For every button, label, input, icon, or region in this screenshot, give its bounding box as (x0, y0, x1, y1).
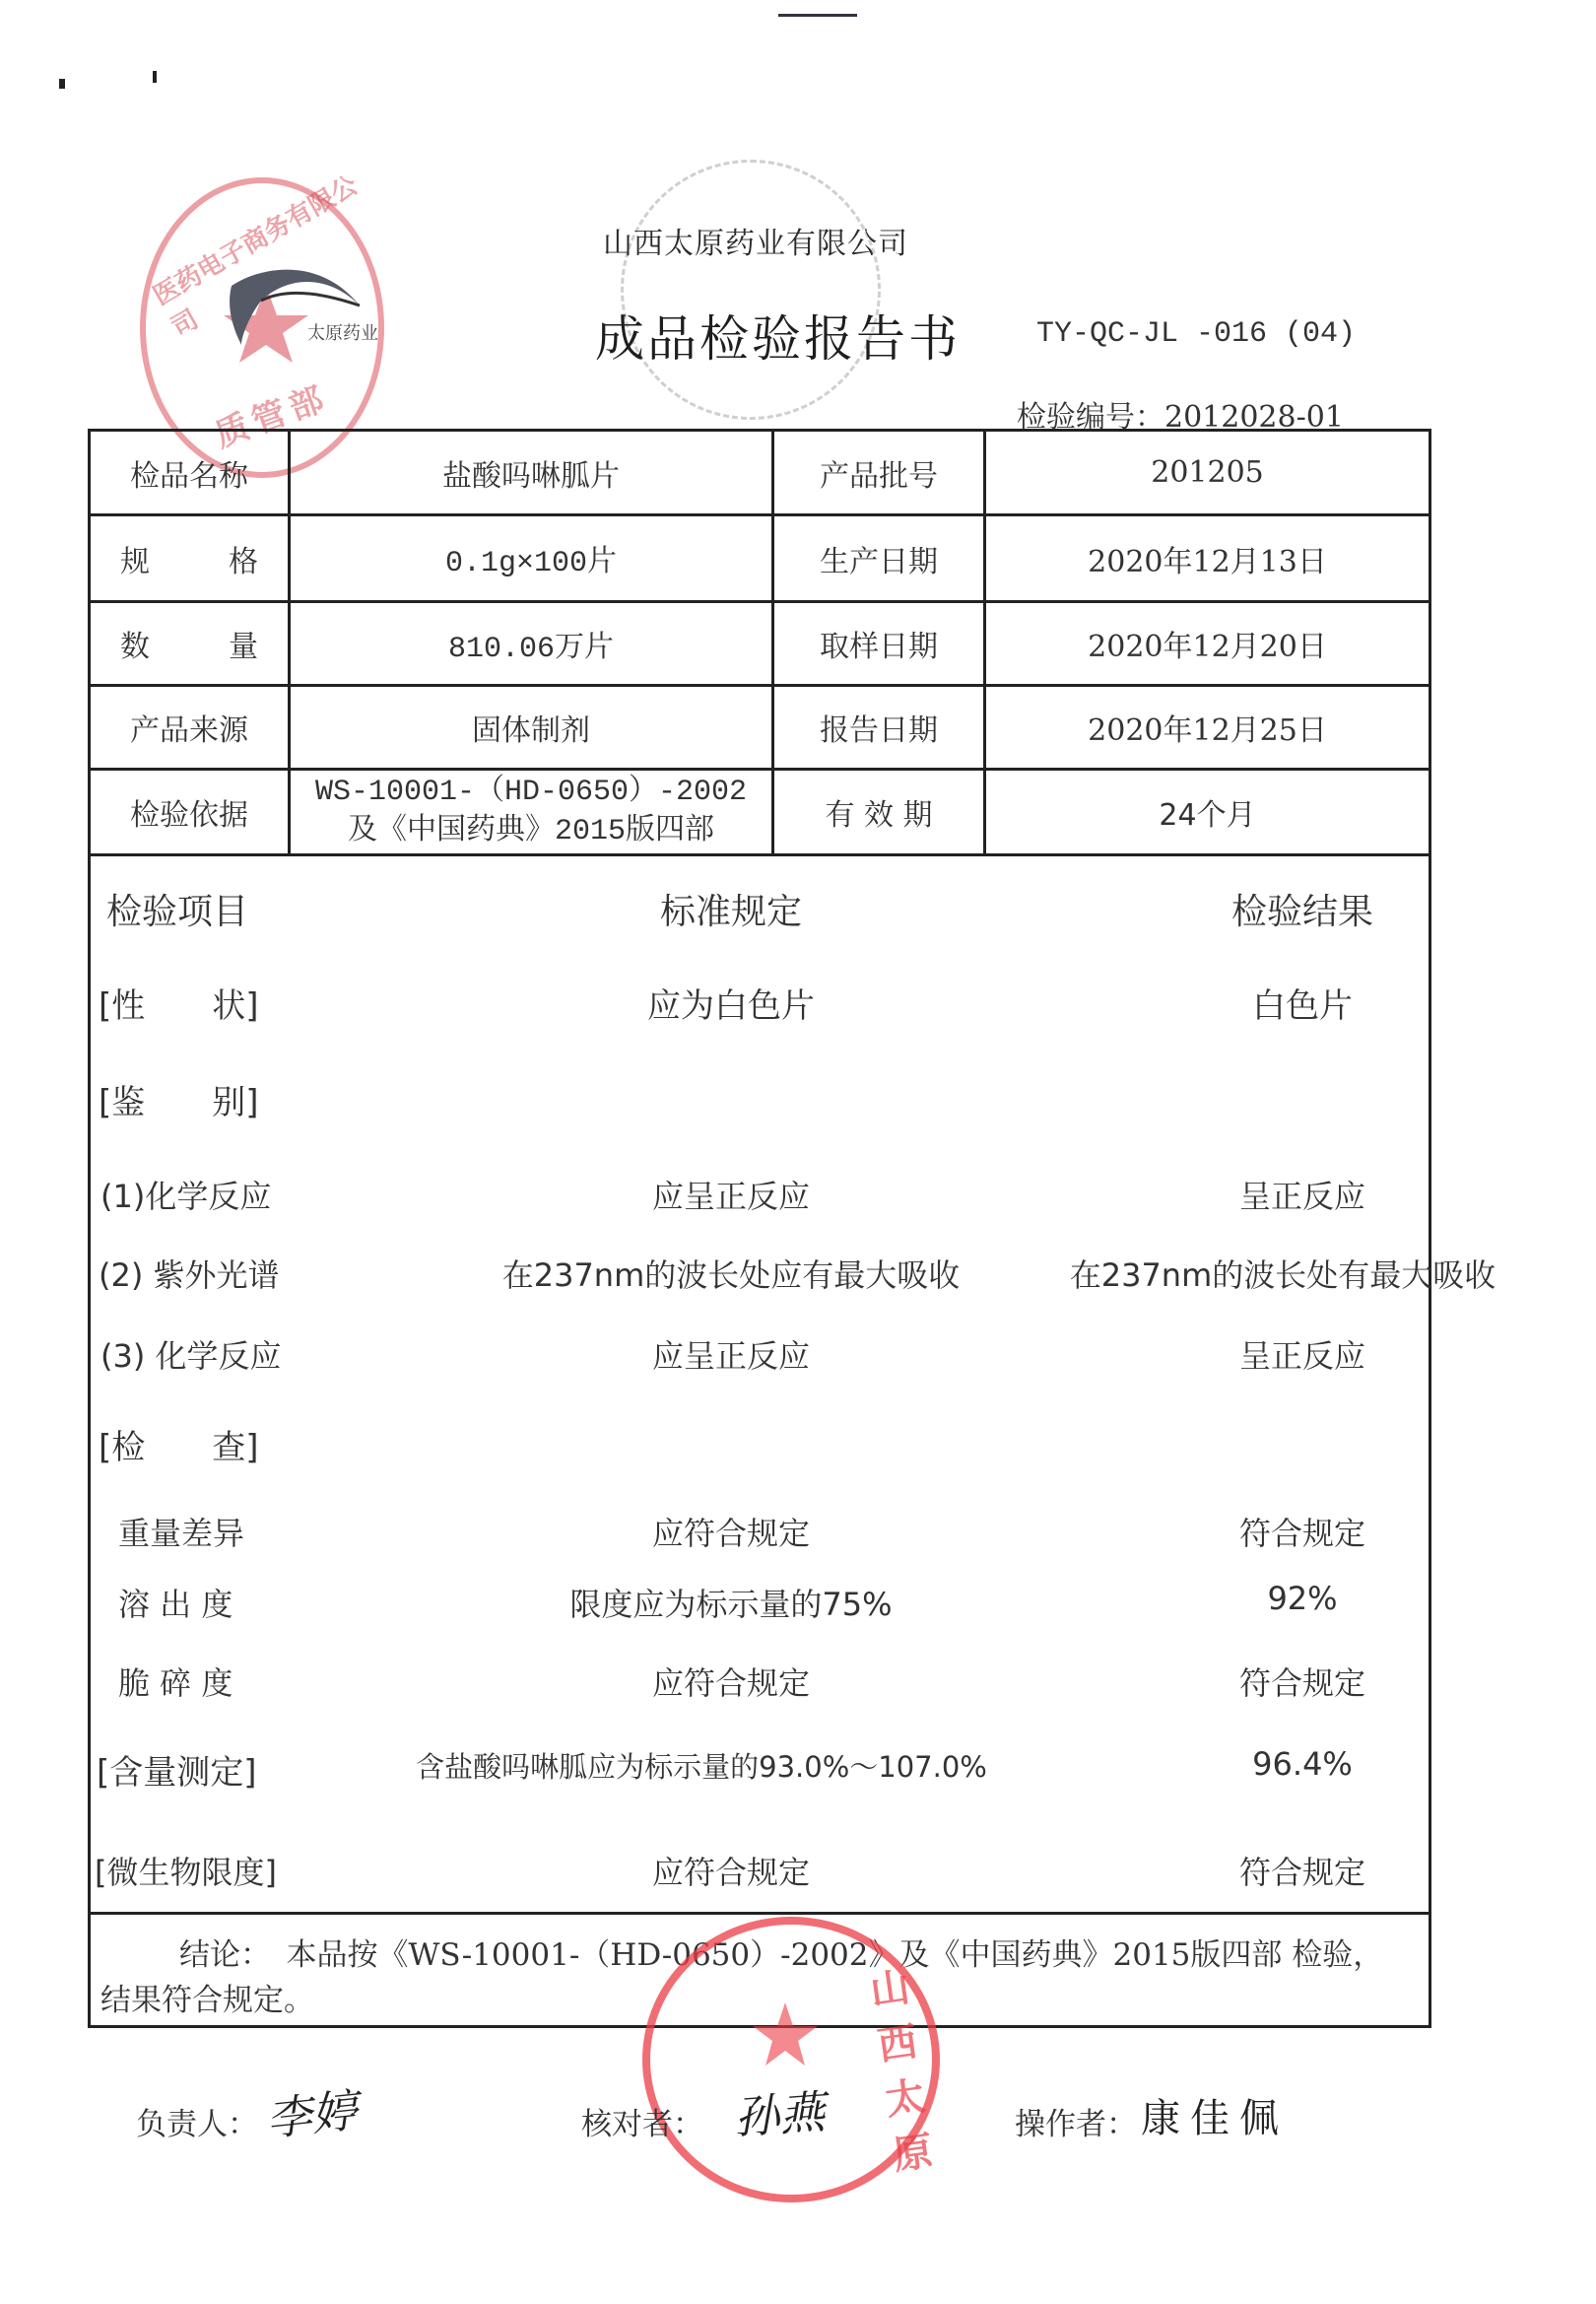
info-row: 数量 810.06万片 取样日期 2020年12月20日 (90, 602, 1430, 686)
label-quantity-a: 数 (120, 622, 150, 665)
company-seal-faint (621, 160, 881, 420)
col-standard-header: 标准规定 (386, 884, 1076, 934)
result-item: [检 查] (99, 1420, 259, 1468)
test-results-section: 检验项目 标准规定 检验结果 [性 状] 应为白色片 白色片 [鉴 别] (1)… (88, 854, 1431, 1912)
result-standard: 在237nm的波长处应有最大吸收 (386, 1251, 1076, 1296)
result-value: 呈正反应 (1076, 1331, 1529, 1377)
responsible-signature: 李婷 (263, 2074, 360, 2148)
result-value: 96.4% (1076, 1745, 1529, 1783)
label-sampling-date: 取样日期 (773, 602, 985, 686)
result-item: [含量测定] (97, 1745, 257, 1794)
operator-signature: 康佳佩 (1141, 2087, 1289, 2143)
company-name: 山西太原药业有限公司 (603, 219, 908, 262)
result-item: (2) 紫外光谱 (99, 1251, 280, 1296)
checker-label: 核对者： (581, 2099, 703, 2143)
result-standard: 应符合规定 (386, 1509, 1076, 1554)
info-row: 规格 0.1g×100片 生产日期 2020年12月13日 (90, 515, 1430, 602)
label-quantity-b: 量 (229, 622, 258, 665)
result-item: [微生物限度] (95, 1848, 277, 1893)
result-item: 脆 碎 度 (118, 1659, 233, 1704)
scan-mark (153, 71, 157, 83)
scan-mark (59, 79, 65, 89)
label-validity: 有 效 期 (773, 770, 985, 855)
result-item: [鉴 别] (99, 1075, 259, 1123)
value-spec: 0.1g×100片 (290, 515, 773, 602)
product-info-table: 检品名称 盐酸吗啉胍片 产品批号 201205 规格 0.1g×100片 生产日… (88, 429, 1431, 856)
label-quantity: 数量 (90, 602, 290, 686)
result-value: 白色片 (1076, 979, 1529, 1027)
scan-mark (778, 14, 857, 17)
info-row: 检品名称 盐酸吗啉胍片 产品批号 201205 (90, 431, 1430, 515)
result-standard: 应符合规定 (386, 1659, 1076, 1704)
operator-label: 操作者： (1015, 2099, 1137, 2143)
value-production-date: 2020年12月13日 (985, 515, 1430, 602)
result-value: 符合规定 (1076, 1848, 1529, 1893)
result-value: 呈正反应 (1076, 1172, 1529, 1217)
result-item: 重量差异 (118, 1509, 244, 1554)
label-product-name: 检品名称 (90, 431, 290, 515)
result-standard: 限度应为标示量的75% (386, 1580, 1076, 1625)
label-batch-no: 产品批号 (773, 431, 985, 515)
value-product-name: 盐酸吗啉胍片 (290, 431, 773, 515)
result-item: 溶 出 度 (118, 1580, 233, 1625)
basis-line-1: WS-10001-（HD-0650）-2002 (291, 773, 771, 812)
value-report-date: 2020年12月25日 (985, 686, 1430, 770)
label-source: 产品来源 (90, 686, 290, 770)
basis-line-2: 及《中国药典》2015版四部 (291, 812, 771, 851)
result-standard: 应呈正反应 (386, 1331, 1076, 1377)
col-result-header: 检验结果 (1076, 884, 1529, 934)
value-source: 固体制剂 (290, 686, 773, 770)
result-value: 92% (1076, 1580, 1529, 1617)
info-row: 产品来源 固体制剂 报告日期 2020年12月25日 (90, 686, 1430, 770)
result-standard: 含盐酸吗啉胍应为标示量的93.0%～107.0% (327, 1745, 1076, 1786)
label-spec-b: 格 (229, 537, 258, 580)
label-spec-a: 规 (120, 537, 150, 580)
logo-text: 太原药业 (307, 319, 378, 345)
result-standard: 应为白色片 (386, 979, 1076, 1027)
col-item-header: 检验项目 (106, 884, 248, 934)
value-quantity: 810.06万片 (290, 602, 773, 686)
value-basis: WS-10001-（HD-0650）-2002 及《中国药典》2015版四部 (290, 770, 773, 855)
value-validity: 24个月 (985, 770, 1430, 855)
responsible-label: 负责人： (136, 2099, 258, 2143)
result-item: [性 状] (99, 979, 259, 1027)
label-spec: 规格 (90, 515, 290, 602)
info-row: 检验依据 WS-10001-（HD-0650）-2002 及《中国药典》2015… (90, 770, 1430, 855)
result-standard: 应符合规定 (386, 1848, 1076, 1893)
result-item: (1)化学反应 (100, 1172, 271, 1217)
result-value: 在237nm的波长处有最大吸收 (1007, 1251, 1559, 1296)
label-production-date: 生产日期 (773, 515, 985, 602)
value-sampling-date: 2020年12月20日 (985, 602, 1430, 686)
label-report-date: 报告日期 (773, 686, 985, 770)
result-value: 符合规定 (1076, 1509, 1529, 1554)
result-item: (3) 化学反应 (100, 1331, 282, 1377)
document-title: 成品检验报告书 (595, 300, 961, 371)
label-basis: 检验依据 (90, 770, 290, 855)
value-batch-no: 201205 (985, 431, 1430, 515)
result-value: 符合规定 (1076, 1659, 1529, 1704)
result-standard: 应呈正反应 (386, 1172, 1076, 1217)
seal-star-icon (751, 2000, 820, 2069)
company-logo-icon (212, 246, 369, 374)
form-code: TY-QC-JL -016 (04) (1036, 317, 1356, 351)
checker-signature: 孙燕 (732, 2076, 827, 2147)
